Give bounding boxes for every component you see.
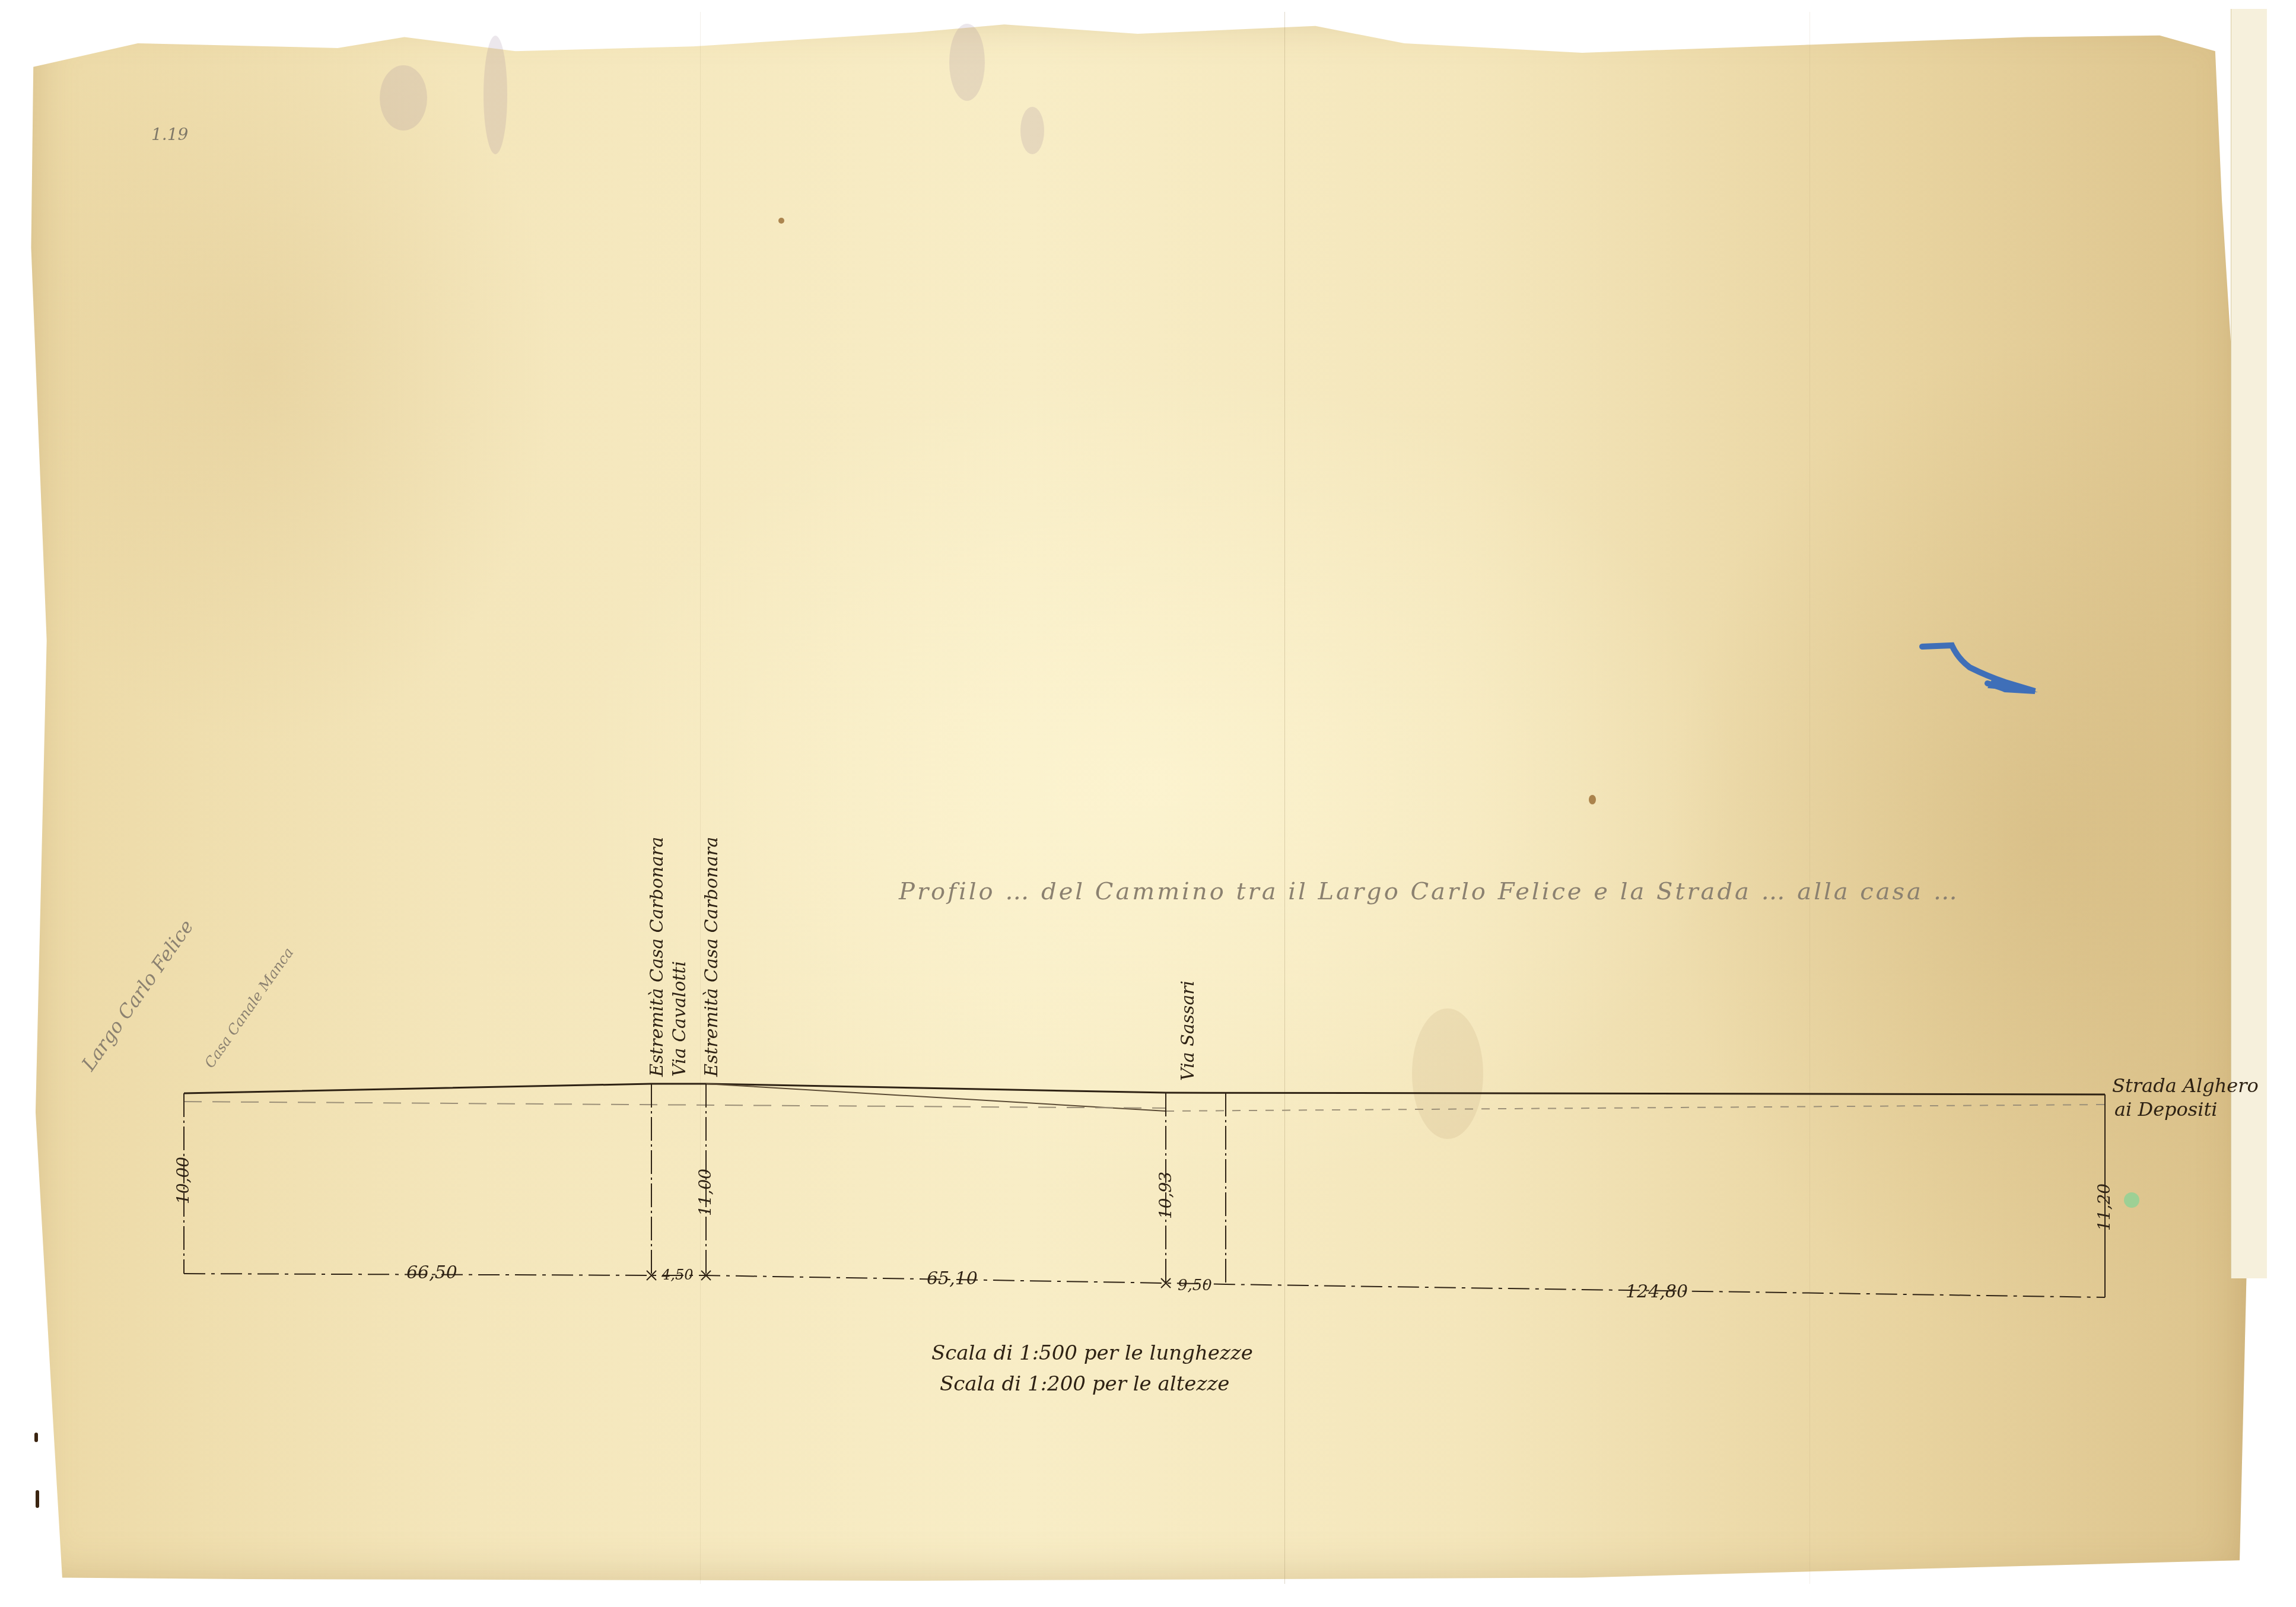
height-label: 11,20 [2094, 1183, 2114, 1231]
station-label: Via Cavalotti [669, 961, 690, 1077]
height-label: 10,00 [173, 1157, 193, 1204]
end-point-line1: Strada Alghero [2112, 1074, 2259, 1097]
distance-label: 4,50 [662, 1266, 693, 1283]
distance-label: 9,50 [1178, 1277, 1212, 1294]
height-label: 10,93 [1156, 1172, 1175, 1219]
scale-note: Scala di 1:500 per le lunghezze Scala di… [931, 1338, 1253, 1399]
station-label: Via Sassari [1178, 981, 1198, 1081]
distance-label: 66,50 [406, 1262, 457, 1283]
distance-label: 124,80 [1626, 1281, 1688, 1302]
station-label: Estremità Casa Carbonara [647, 836, 667, 1077]
scale-note-heights: Scala di 1:200 per le altezze [931, 1369, 1253, 1399]
corner-pencil-note: 1.19 [151, 125, 188, 144]
scale-note-lengths: Scala di 1:500 per le lunghezze [931, 1338, 1253, 1369]
end-point-line2: ai Depositi [2112, 1097, 2259, 1121]
profile-title: Profilo … del Cammino tra il Largo Carlo… [899, 878, 1960, 905]
station-label: Estremità Casa Carbonara [701, 836, 722, 1077]
height-label: 11,00 [695, 1169, 715, 1216]
end-point-label: Strada Alghero ai Depositi [2112, 1074, 2259, 1121]
distance-label: 65,10 [927, 1268, 978, 1289]
